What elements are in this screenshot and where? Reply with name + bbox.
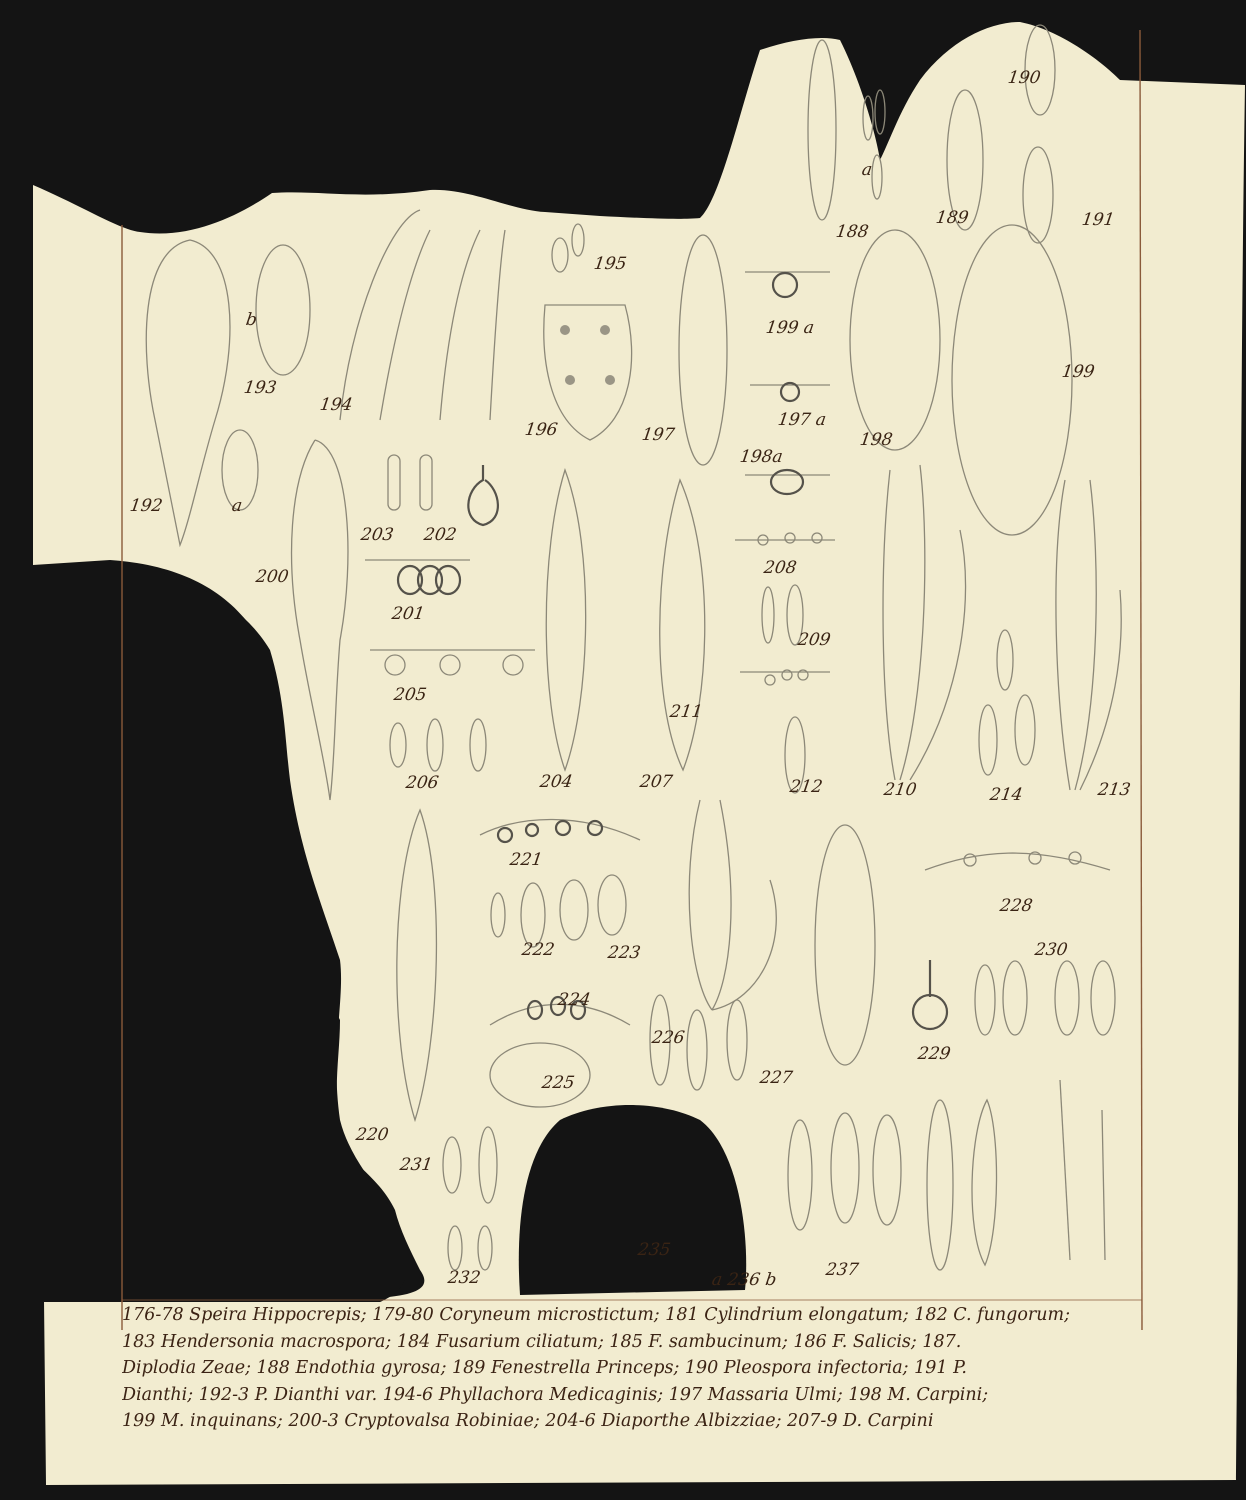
- figure-label-225: 225: [541, 1073, 576, 1093]
- figure-label-190: 190: [1007, 68, 1042, 88]
- figure-label-236: a 236 b: [711, 1270, 778, 1290]
- figure-label-208: 208: [763, 558, 798, 578]
- figure-label-199a: 199 a: [765, 318, 816, 338]
- caption-line-1: 176-78 Speira Hippocrepis; 179-80 Coryne…: [122, 1302, 1182, 1329]
- figure-label-224: 224: [557, 990, 592, 1010]
- figure-label-193: 193: [243, 378, 278, 398]
- caption-line-5: 199 M. inquinans; 200-3 Cryptovalsa Robi…: [122, 1408, 1182, 1435]
- figure-label-207: 207: [639, 772, 674, 792]
- figure-label-197: 197: [641, 425, 676, 445]
- figure-label-198: 198: [859, 430, 894, 450]
- figure-label-232: 232: [447, 1268, 482, 1288]
- figure-label-222: 222: [521, 940, 556, 960]
- figure-label-221: 221: [509, 850, 544, 870]
- figure-label-229: 229: [917, 1044, 952, 1064]
- figure-label-228: 228: [999, 896, 1034, 916]
- figure-label-210: 210: [883, 780, 918, 800]
- figure-label-206: 206: [405, 773, 440, 793]
- figure-label-204: 204: [539, 772, 574, 792]
- figure-label-220: 220: [355, 1125, 390, 1145]
- figure-label-209: 209: [797, 630, 832, 650]
- plate-background: [0, 0, 1246, 1500]
- figure-label-226: 226: [651, 1028, 686, 1048]
- caption-line-4: Dianthi; 192-3 P. Dianthi var. 194-6 Phy…: [122, 1382, 1182, 1409]
- figure-label-196: 196: [524, 420, 559, 440]
- figure-label-211: 211: [669, 702, 704, 722]
- cutout-hole: [519, 1105, 746, 1295]
- figure-label-227: 227: [759, 1068, 794, 1088]
- figure-label-188: 188: [835, 222, 870, 242]
- figure-label-192: 192: [129, 496, 164, 516]
- caption-line-2: 183 Hendersonia macrospora; 184 Fusarium…: [122, 1329, 1182, 1356]
- figure-label-235: 235: [637, 1240, 672, 1260]
- figure-label-197a: 197 a: [777, 410, 828, 430]
- figure-label-191: 191: [1081, 210, 1116, 230]
- figure-label-202: 202: [423, 525, 458, 545]
- figure-label-194: 194: [319, 395, 354, 415]
- figure-label-212: 212: [789, 777, 824, 797]
- figure-label-203: 203: [360, 525, 395, 545]
- figure-label-230: 230: [1034, 940, 1069, 960]
- figure-label-223: 223: [607, 943, 642, 963]
- figure-label-201: 201: [391, 604, 426, 624]
- figure-label-213: 213: [1097, 780, 1132, 800]
- figure-label-195: 195: [593, 254, 628, 274]
- caption-line-3: Diplodia Zeae; 188 Endothia gyrosa; 189 …: [122, 1355, 1182, 1382]
- figure-label-214: 214: [989, 785, 1024, 805]
- figure-label-231: 231: [399, 1155, 434, 1175]
- figure-label-237: 237: [825, 1260, 860, 1280]
- figure-label-198a: 198a: [739, 447, 784, 467]
- figure-label-189: 189: [935, 208, 970, 228]
- figure-label-199: 199: [1061, 362, 1096, 382]
- plate-caption: 176-78 Speira Hippocrepis; 179-80 Coryne…: [122, 1302, 1182, 1435]
- figure-label-200: 200: [255, 567, 290, 587]
- figure-label-205: 205: [393, 685, 428, 705]
